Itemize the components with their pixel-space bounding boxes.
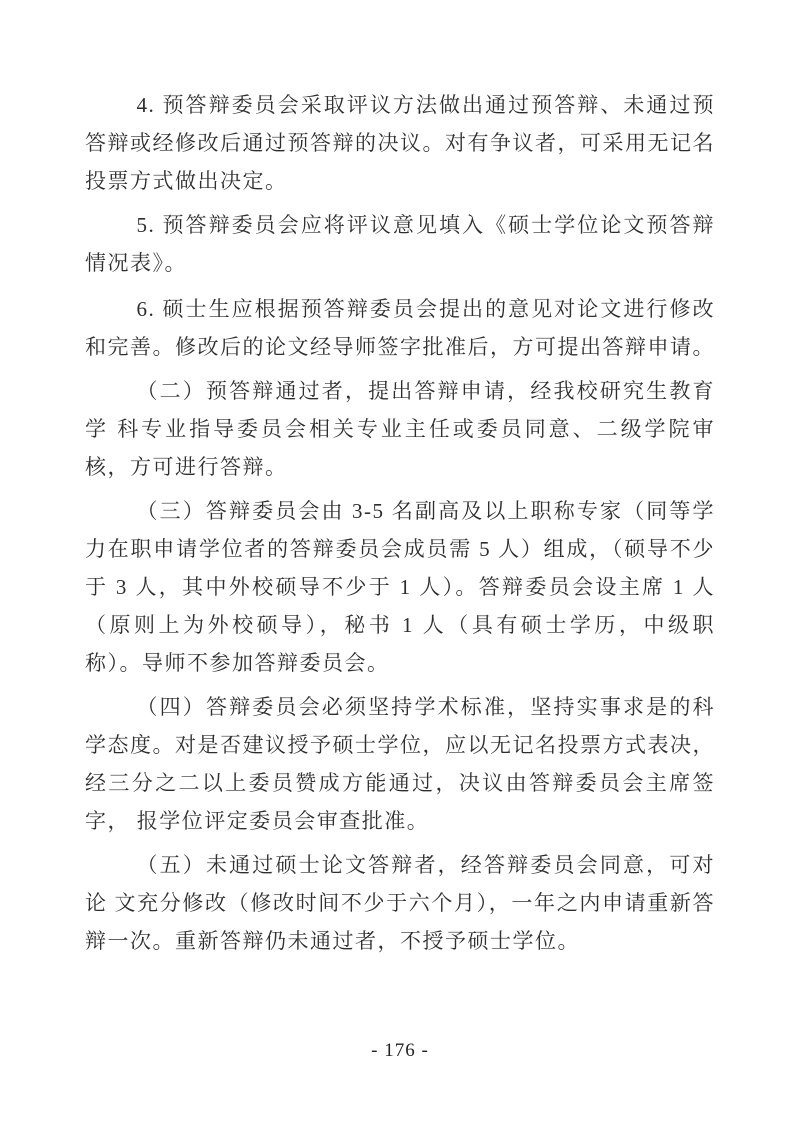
paragraph-clause-6: 6. 硕士生应根据预答辩委员会提出的意见对论文进行修改和完善。修改后的论文经导师… bbox=[85, 290, 715, 366]
paragraph-clause-5: 5. 预答辩委员会应将评议意见填入《硕士学位论文预答辩情况表》。 bbox=[85, 206, 715, 282]
paragraph-section-3: （三）答辩委员会由 3-5 名副高及以上职称专家（同等学力在职申请学位者的答辩委… bbox=[85, 492, 715, 682]
page-number: - 176 - bbox=[0, 1040, 800, 1062]
paragraph-section-5: （五）未通过硕士论文答辩者，经答辩委员会同意，可对论 文充分修改（修改时间不少于… bbox=[85, 846, 715, 960]
paragraph-section-4: （四）答辩委员会必须坚持学术标准，坚持实事求是的科学态度。对是否建议授予硕士学位… bbox=[85, 688, 715, 840]
content-area: 4. 预答辩委员会采取评议方法做出通过预答辩、未通过预答辩或经修改后通过预答辩的… bbox=[85, 86, 715, 966]
paragraph-clause-4: 4. 预答辩委员会采取评议方法做出通过预答辩、未通过预答辩或经修改后通过预答辩的… bbox=[85, 86, 715, 200]
document-page: 4. 预答辩委员会采取评议方法做出通过预答辩、未通过预答辩或经修改后通过预答辩的… bbox=[0, 0, 800, 1131]
paragraph-section-2: （二）预答辩通过者，提出答辩申请，经我校研究生教育学 科专业指导委员会相关专业主… bbox=[85, 372, 715, 486]
